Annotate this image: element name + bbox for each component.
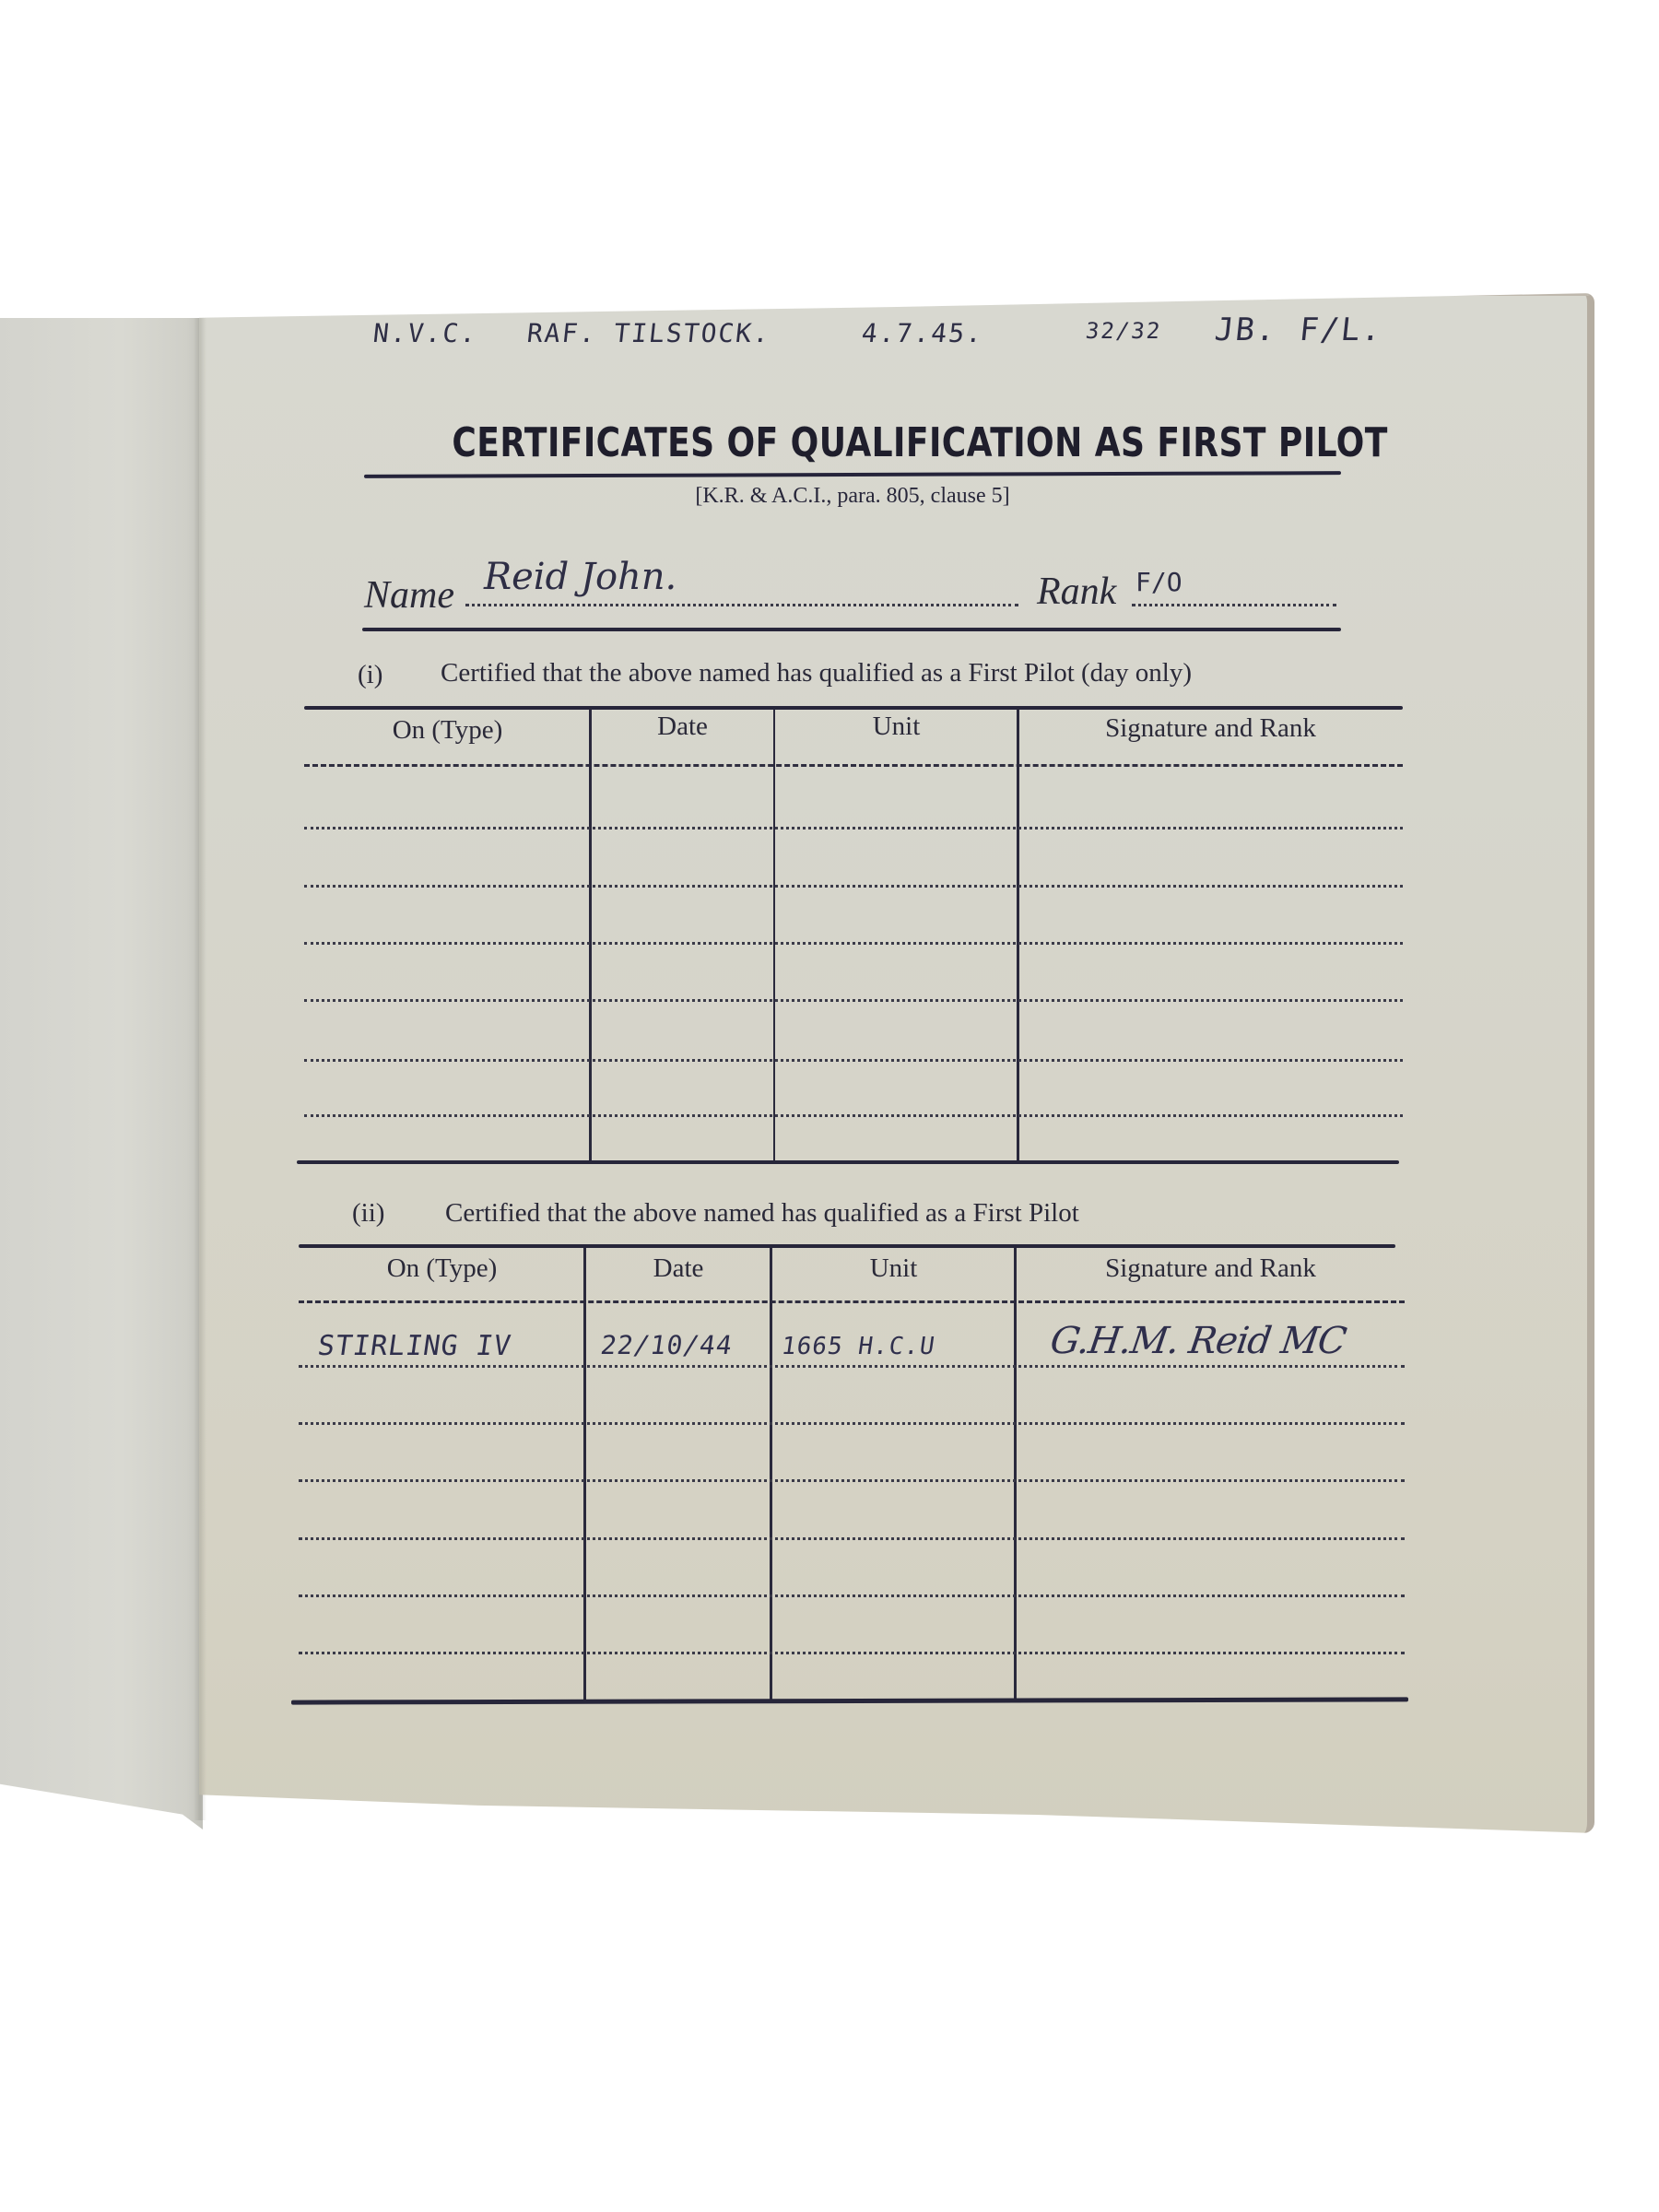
- table-ii-col-divider: [1014, 1248, 1017, 1700]
- row-dotted-line: [299, 1594, 1405, 1597]
- section-ii-number: (ii): [352, 1198, 384, 1229]
- row-dotted-line: [304, 999, 1403, 1002]
- row-dotted-line: [304, 942, 1403, 945]
- table-i-col-divider: [589, 709, 592, 1161]
- row-dotted-line: [304, 1114, 1403, 1117]
- cell-date: 22/10/44: [599, 1330, 735, 1360]
- col-signature-rank: Signature and Rank: [1018, 713, 1403, 744]
- cell-aircraft-type: STIRLING IV: [316, 1330, 514, 1362]
- section-ii-statement: Certified that the above named has quali…: [445, 1198, 1079, 1229]
- rank-label: Rank: [1037, 570, 1116, 614]
- cell-unit: 1665 H.C.U: [780, 1333, 937, 1360]
- row-dotted-line: [304, 827, 1403, 829]
- col-signature-rank: Signature and Rank: [1016, 1253, 1406, 1284]
- header-note-nvc: N.V.C.: [371, 318, 479, 348]
- facing-page-left: [0, 318, 203, 1830]
- header-note-ref: 32/32: [1085, 318, 1163, 344]
- header-note-rank: F/L.: [1298, 312, 1384, 348]
- section-i-statement: Certified that the above named has quali…: [441, 658, 1192, 688]
- row-dotted-line: [299, 1365, 1405, 1368]
- col-date: Date: [585, 1253, 771, 1284]
- section-i-number: (i): [358, 660, 382, 690]
- page-fold: [194, 318, 206, 1820]
- name-dotted-line: [465, 604, 1018, 606]
- name-section-rule: [362, 628, 1341, 631]
- name-value: Reid John.: [484, 556, 677, 598]
- table-i-header-rule: [304, 764, 1403, 767]
- certificate-page: [199, 293, 1594, 1833]
- rank-value: F/O: [1135, 567, 1182, 597]
- regulation-citation: [K.R. & A.C.I., para. 805, clause 5]: [364, 484, 1341, 509]
- rank-dotted-line: [1132, 604, 1336, 606]
- table-ii-col-divider: [583, 1248, 586, 1702]
- row-dotted-line: [304, 885, 1403, 888]
- row-dotted-line: [299, 1422, 1405, 1425]
- col-unit: Unit: [771, 1253, 1016, 1284]
- col-on-type: On (Type): [304, 715, 591, 746]
- table-ii-header-rule: [299, 1300, 1405, 1303]
- table-i-col-divider: [1017, 709, 1019, 1161]
- col-date: Date: [591, 712, 774, 742]
- row-dotted-line: [304, 1059, 1403, 1062]
- col-unit: Unit: [774, 712, 1018, 742]
- table-i-bottom-rule: [297, 1160, 1399, 1164]
- header-note-station: RAF. TILSTOCK.: [525, 318, 771, 348]
- page-title: CERTIFICATES OF QUALIFICATION AS FIRST P…: [452, 419, 1253, 466]
- table-i-col-divider: [773, 709, 775, 1161]
- row-dotted-line: [299, 1479, 1405, 1482]
- row-dotted-line: [299, 1537, 1405, 1540]
- table-ii-top-rule: [299, 1244, 1395, 1248]
- table-ii-col-divider: [770, 1248, 772, 1702]
- name-label: Name: [364, 573, 454, 618]
- table-i-top-rule: [304, 706, 1403, 710]
- header-note-initials: JB.: [1213, 312, 1279, 348]
- row-dotted-line: [299, 1652, 1405, 1654]
- col-on-type: On (Type): [299, 1253, 585, 1284]
- header-note-date: 4.7.45.: [860, 318, 984, 348]
- cell-signature: G.H.M. Reid MC: [1048, 1320, 1348, 1362]
